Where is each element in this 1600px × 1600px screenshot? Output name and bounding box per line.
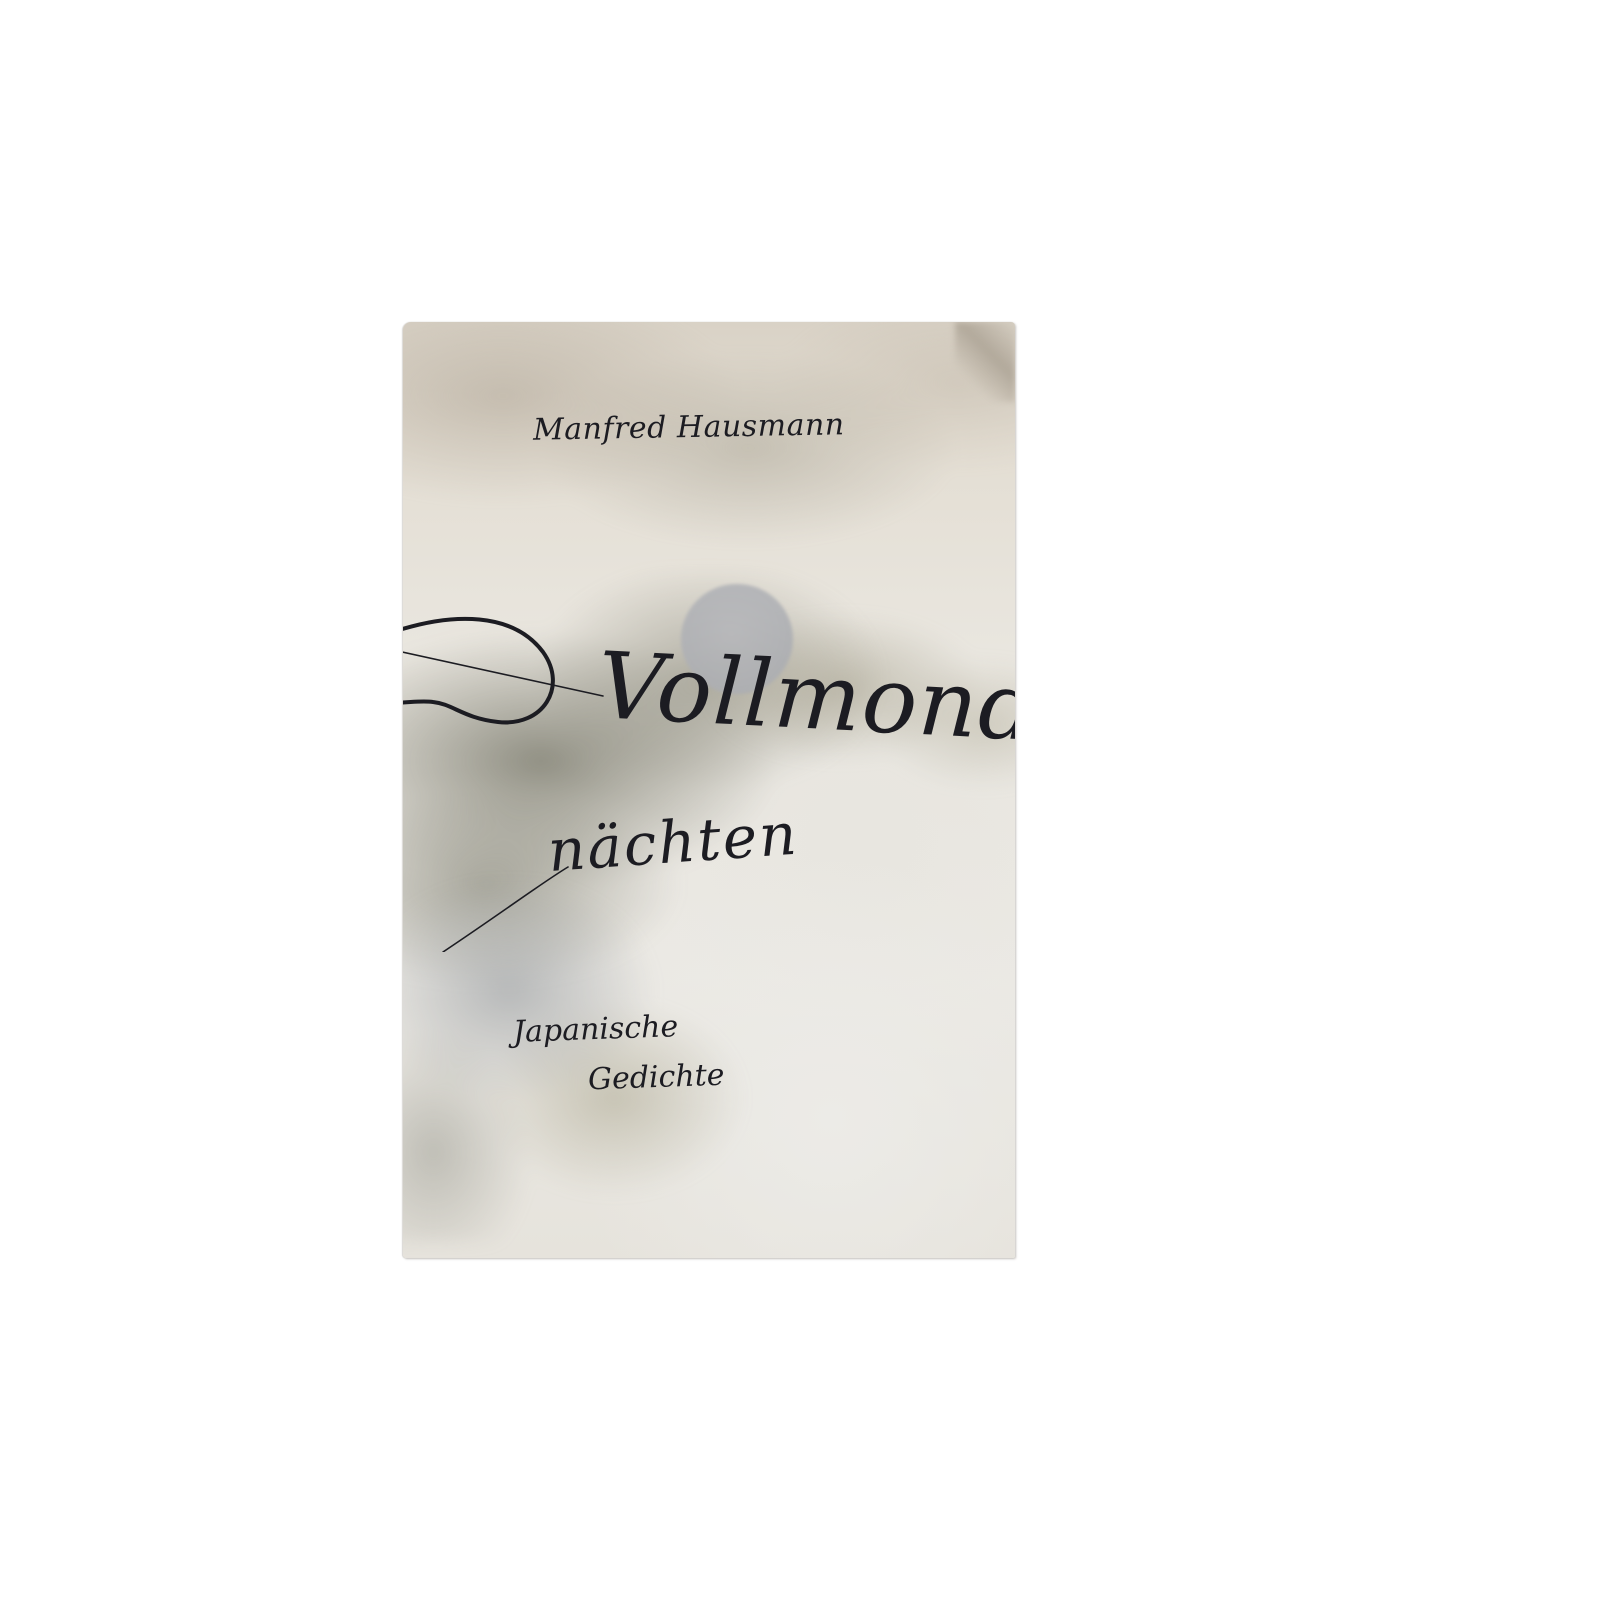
author-name: Manfred Hausmann — [533, 407, 845, 447]
photo-stage: Manfred Hausmann Vollmond nächten Japani… — [0, 0, 1600, 1600]
subtitle-line-1: Japanische — [512, 1009, 678, 1050]
folded-corner — [955, 322, 1015, 402]
book-cover: Manfred Hausmann Vollmond nächten Japani… — [403, 322, 1015, 1258]
subtitle-line-2: Gedichte — [587, 1058, 725, 1098]
